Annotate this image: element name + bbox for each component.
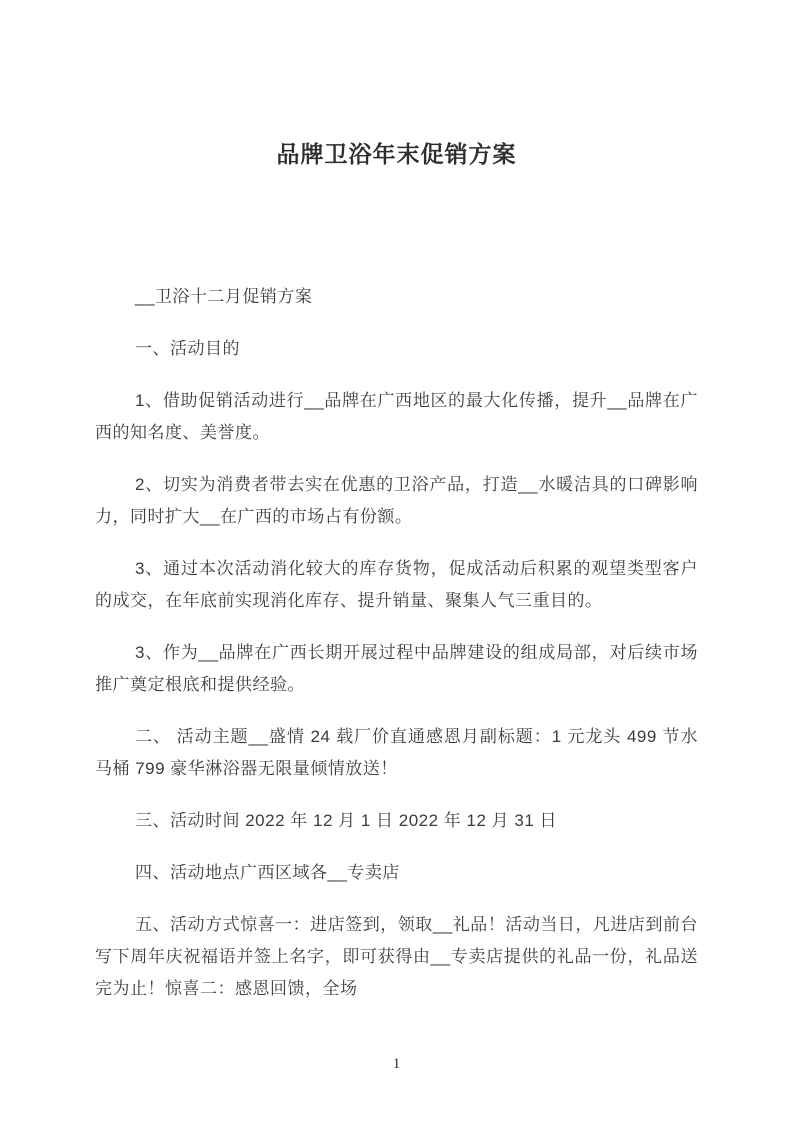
paragraph-item-1: 1、借助促销活动进行__品牌在广西地区的最大化传播，提升__品牌在广西的知名度、… bbox=[95, 385, 698, 449]
paragraph-section-1: 一、活动目的 bbox=[95, 333, 698, 365]
page-number: 1 bbox=[0, 1056, 793, 1073]
paragraph-item-2: 2、切实为消费者带去实在优惠的卫浴产品，打造__水暖洁具的口碑影响力，同时扩大_… bbox=[95, 469, 698, 533]
paragraph-section-2: 二、 活动主题__盛情 24 载厂价直通感恩月副标题：1 元龙头 499 节水马… bbox=[95, 721, 698, 785]
paragraph-section-4: 四、活动地点广西区域各__专卖店 bbox=[95, 857, 698, 889]
document-title: 品牌卫浴年末促销方案 bbox=[95, 141, 698, 168]
document-body: __卫浴十二月促销方案 一、活动目的 1、借助促销活动进行__品牌在广西地区的最… bbox=[0, 281, 793, 1005]
paragraph-item-3b: 3、作为__品牌在广西长期开展过程中品牌建设的组成局部，对后续市场推广奠定根底和… bbox=[95, 637, 698, 701]
paragraph-section-5: 五、活动方式惊喜一：进店签到，领取__礼品！活动当日，凡进店到前台写下周年庆祝福… bbox=[95, 909, 698, 1005]
document-page: 品牌卫浴年末促销方案 __卫浴十二月促销方案 一、活动目的 1、借助促销活动进行… bbox=[0, 0, 793, 1122]
paragraph-section-3: 三、活动时间 2022 年 12 月 1 日 2022 年 12 月 31 日 bbox=[95, 805, 698, 837]
paragraph-item-3: 3、通过本次活动消化较大的库存货物，促成活动后积累的观望类型客户的成交，在年底前… bbox=[95, 553, 698, 617]
paragraph-subtitle: __卫浴十二月促销方案 bbox=[95, 281, 698, 313]
